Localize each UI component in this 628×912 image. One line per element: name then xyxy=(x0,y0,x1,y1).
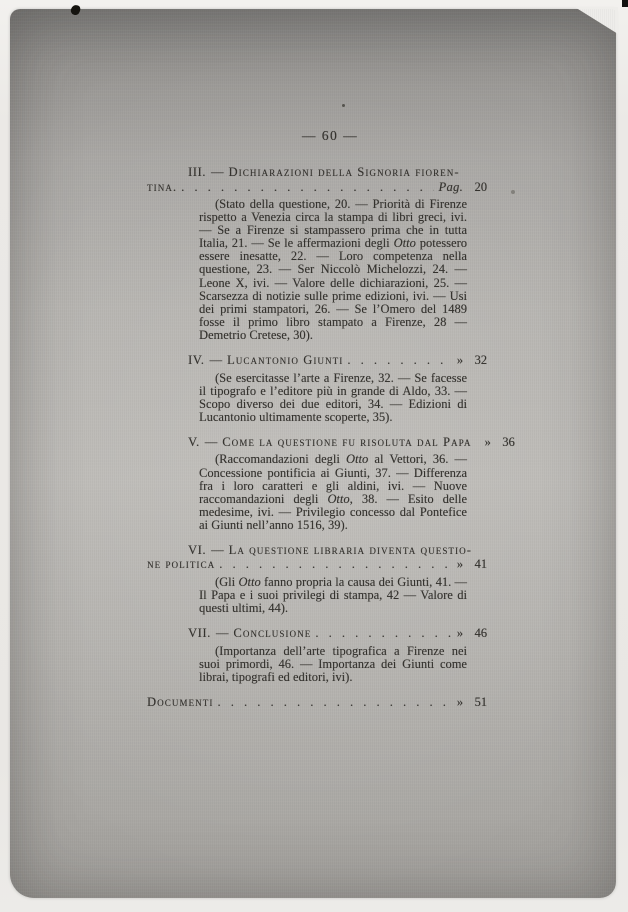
entry-numeral: VII. xyxy=(188,626,211,641)
entry-summary: (Gli Otto fanno propria la causa dei Giu… xyxy=(199,576,467,615)
page-ref-number: 51 xyxy=(470,695,487,710)
entry-title: Documenti xyxy=(147,695,213,710)
page-ref-number: 41 xyxy=(470,557,487,572)
leader-dots: . . . . . . . . . . . . . . xyxy=(343,353,451,368)
page-ref-label: » xyxy=(457,626,463,641)
toc-heading-line: III. — Dichiarazioni della Signoria fior… xyxy=(147,165,487,180)
page-folio: — 60 — xyxy=(147,127,487,144)
photograph-backdrop: { "scan": { "folio": "— 60 —" }, "toc": … xyxy=(0,0,628,912)
scanned-book-page: — 60 — III. — Dichiarazioni della Signor… xyxy=(10,9,616,898)
entry-summary: (Se esercitasse l’arte a Firenze, 32. — … xyxy=(199,372,467,424)
entry-title: La questione libraria diventa questio- xyxy=(229,543,472,558)
toc-heading-line: Documenti . . . . . . . . . . . . . . . … xyxy=(147,695,487,710)
entry-dash: — xyxy=(216,626,229,641)
toc-heading-line: ne politica . . . . . . . . . . . . . . … xyxy=(147,557,487,572)
entry-summary: (Stato della questione, 20. — Priorità d… xyxy=(199,198,467,342)
entry-dash: — xyxy=(211,165,224,180)
toc-entry-iii: III. — Dichiarazioni della Signoria fior… xyxy=(147,165,487,342)
leader-dots: . . . . . . . . . . . . . . . . . . xyxy=(215,557,452,572)
page-ref-label: » xyxy=(457,557,463,572)
toc-heading-line: V. — Come la questione fu risoluta dal P… xyxy=(147,435,487,450)
toc-heading-line: tina. . . . . . . . . . . . . . . . . . … xyxy=(147,180,487,195)
entry-title-continuation: tina. xyxy=(147,180,177,195)
page-ref-number: 36 xyxy=(498,435,515,450)
toc-entry-v: V. — Come la questione fu risoluta dal P… xyxy=(147,435,487,532)
entry-numeral: VI. xyxy=(188,543,206,558)
leader-dots: . . . . . . . . . . . . . . . . . . xyxy=(213,695,451,710)
toc-entry-vi: VI. — La questione libraria diventa ques… xyxy=(147,543,487,615)
entry-summary: (Importanza dell’arte tipografica a Fire… xyxy=(199,645,467,684)
toc-entry-iv: IV. — Lucantonio Giunti . . . . . . . . … xyxy=(147,353,487,424)
photo-edge-mark xyxy=(622,0,628,7)
page-ref-label: » xyxy=(457,695,463,710)
page-ref-number: 32 xyxy=(470,353,487,368)
toc-entry-vii: VII. — Conclusione . . . . . . . . . . .… xyxy=(147,626,487,684)
entry-title: Lucantonio Giunti xyxy=(227,353,343,368)
entry-dash: — xyxy=(210,353,223,368)
text-column: — 60 — III. — Dichiarazioni della Signor… xyxy=(147,127,487,721)
page-ref-number: 46 xyxy=(470,626,487,641)
entry-title-continuation: ne politica xyxy=(147,557,215,572)
entry-title: Conclusione xyxy=(233,626,311,641)
toc-heading-line: VII. — Conclusione . . . . . . . . . . .… xyxy=(147,626,487,641)
entry-title: Dichiarazioni della Signoria fioren- xyxy=(229,165,460,180)
entry-dash: — xyxy=(205,435,218,450)
toc-heading-line: IV. — Lucantonio Giunti . . . . . . . . … xyxy=(147,353,487,368)
entry-dash: — xyxy=(211,543,224,558)
entry-numeral: IV. xyxy=(188,353,205,368)
entry-numeral: V. xyxy=(188,435,200,450)
page-ref-label: » xyxy=(485,435,491,450)
toc-entry-documenti: Documenti . . . . . . . . . . . . . . . … xyxy=(147,695,487,710)
page-ref-number: 20 xyxy=(470,180,487,195)
entry-summary: (Raccomandazioni degli Otto al Vettori, … xyxy=(199,453,467,532)
leader-dots: . . . . . . . . . . . . . . xyxy=(311,626,451,641)
torn-corner xyxy=(572,7,618,34)
entry-title: Come la questione fu risoluta dal Papa xyxy=(222,435,471,450)
page-ref-label: » xyxy=(457,353,463,368)
entry-numeral: III. xyxy=(188,165,206,180)
leader-dots: . . . . . . . . . . . . . . . . . . . . xyxy=(177,180,433,195)
toc-heading-line: VI. — La questione libraria diventa ques… xyxy=(147,543,487,558)
page-ref-label: Pag. xyxy=(439,180,463,195)
